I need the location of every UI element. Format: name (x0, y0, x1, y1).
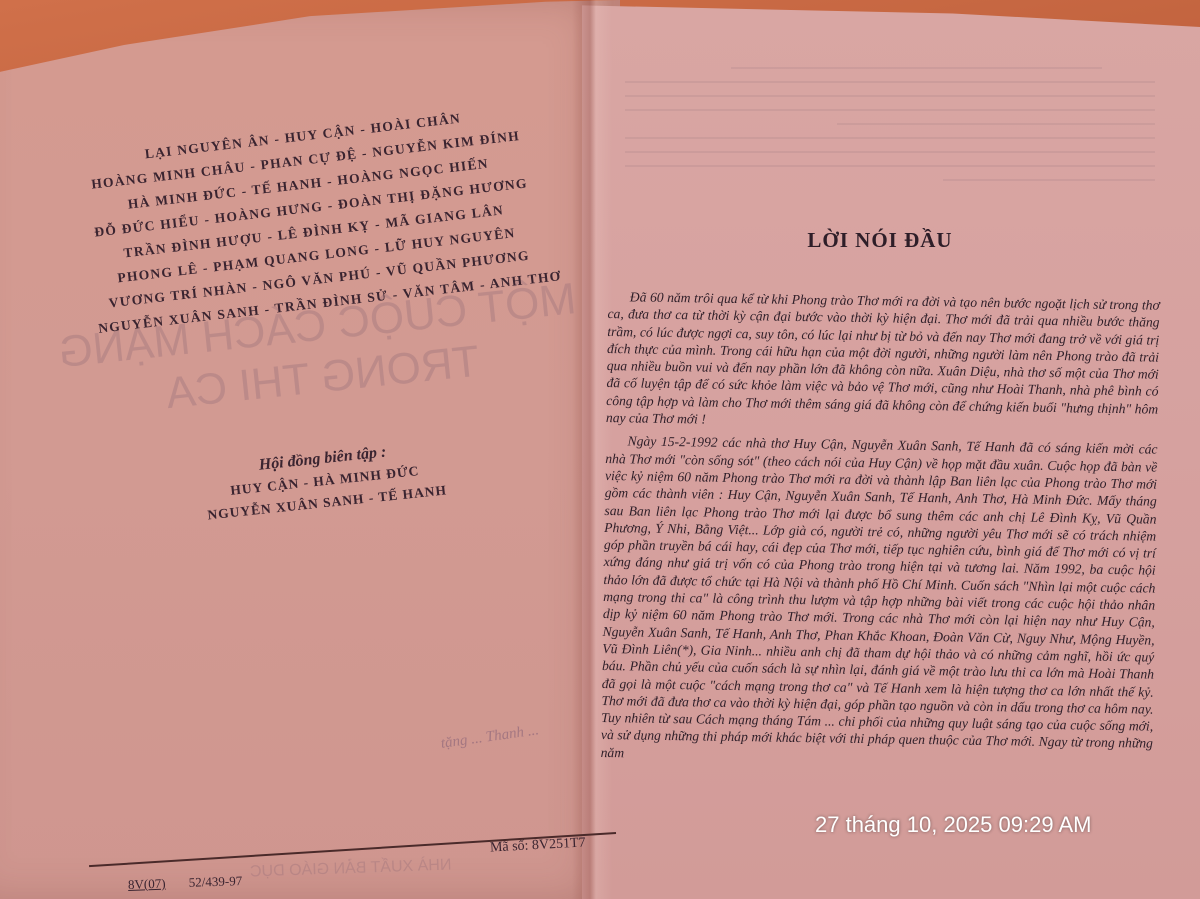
preface-title: LỜI NÓI ĐẦU (600, 228, 1160, 253)
catalog-permit: 52/439-97 (189, 873, 243, 890)
catalog-code: 8V(07) (128, 876, 166, 892)
photo-timestamp: 27 tháng 10, 2025 09:29 AM (815, 812, 1091, 838)
preface-paragraph: Ngày 15-2-1992 các nhà thơ Huy Cận, Nguy… (601, 432, 1158, 769)
preface-body: Đã 60 năm trôi qua kể từ khi Phong trào … (600, 288, 1159, 776)
bleed-through-text (625, 55, 1155, 255)
preface-paragraph: Đã 60 năm trôi qua kể từ khi Phong trào … (606, 288, 1160, 435)
